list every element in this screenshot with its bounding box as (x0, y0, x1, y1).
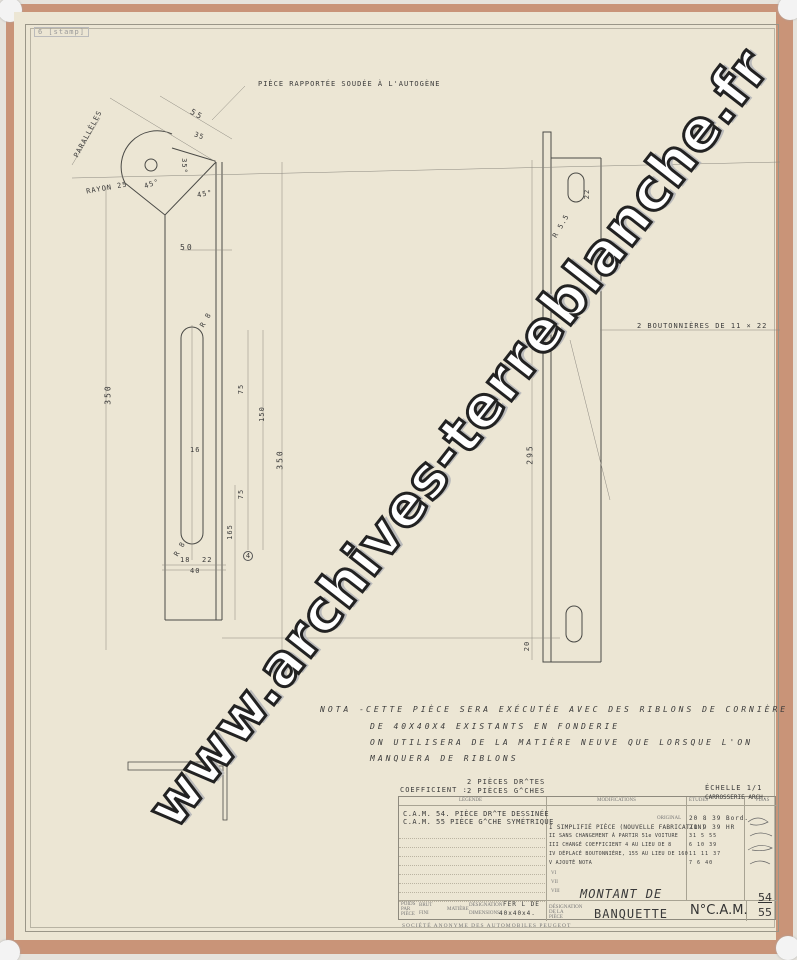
modification-5: V AJOUTÉ NOTA (549, 860, 592, 866)
dim-35-deg: 35° (180, 158, 188, 174)
legend-line-2: C.A.M. 55 PIÈCE G^CHE SYMÉTRIQUE (403, 818, 554, 826)
nota-line-1: CETTE PIÈCE SERA EXÉCUTÉE AVEC DES RIBLO… (366, 705, 788, 714)
material-designation: FER L DE (503, 901, 540, 908)
dim-18: 18 (180, 556, 190, 564)
legend-row (399, 857, 545, 866)
legend-row (399, 848, 545, 857)
drawing-number-prefix: N°C.A.M. (690, 903, 748, 918)
circle-mark: 4 (243, 551, 253, 561)
dates-column: 20 8 39 Bord. 21 9 39 HR 31 5 55 6 10 39… (687, 806, 745, 901)
slot-note: 2 BOUTONNIÈRES DE 11 × 22 (637, 322, 767, 330)
dim-50: 50 (180, 243, 194, 252)
modifications-header-cell: MODIFICATIONS (547, 797, 687, 806)
modification-4: IV DÉPLACÉ BOUTONNIÈRE, 155 AU LIEU DE 1… (549, 851, 688, 857)
dim-40: 40 (190, 567, 200, 575)
dim-75-bottom: 75 (237, 489, 245, 499)
dim-16: 16 (190, 446, 200, 454)
legend-row (399, 875, 545, 884)
drawing-number-top: 54 (758, 891, 772, 904)
visas-header-cell: VISAS (745, 797, 777, 806)
date-mod-3: 6 10 39 (689, 842, 717, 848)
nota-prefix: NOTA - (320, 705, 367, 714)
legend-row (399, 830, 545, 839)
nota-line-3: ON UTILISERA DE LA MATIÈRE NEUVE QUE LOR… (370, 738, 753, 747)
modification-2: II SANS CHANGEMENT À PARTIR 51e VOITURE (549, 833, 678, 839)
company-name: SOCIÉTÉ ANONYME DES AUTOMOBILES Peugeot (402, 923, 571, 929)
legend-row (399, 866, 545, 875)
title-block: LÉGENDE MODIFICATIONS ÉTUDESCARROSSERIE … (398, 796, 776, 920)
side-dim-22: 22 (583, 189, 591, 199)
dim-75-top: 75 (237, 384, 245, 394)
coefficient-line-2: 2 PIÈCES G^CHES (467, 787, 545, 795)
modification-3: III CHANGÉ COEFFICIENT 4 AU LIEU DE 8 (549, 842, 672, 848)
signature-scribbles (745, 812, 775, 872)
legend-line-1: C.A.M. 54. PIÈCE DR^TE DESSINÉE (403, 810, 549, 818)
date-original: 20 8 39 Bord. (689, 815, 749, 822)
date-mod-1: 21 9 39 HR (689, 824, 735, 831)
dim-150: 150 (258, 406, 266, 422)
dim-350-left: 350 (104, 384, 113, 404)
coefficient-line-1: 2 PIÈCES DR^TES (467, 778, 545, 786)
material-dimensions: 40x40x4. (499, 910, 536, 917)
date-mod-5: 7 6 40 (689, 860, 713, 866)
dim-350: 350 (276, 449, 285, 469)
legend-header-cell: LÉGENDE (399, 797, 547, 806)
material-cell: Poids par pièce Brut Fini Matière Désign… (399, 901, 547, 921)
dim-22: 22 (202, 556, 212, 564)
nota-line-2: DE 40X40X4 EXISTANTS EN FONDERIE (370, 722, 620, 731)
coefficient-label: COEFFICIENT : (400, 786, 468, 794)
part-title-line-2: BANQUETTE (594, 907, 668, 921)
legend-column: C.A.M. 54. PIÈCE DR^TE DESSINÉE C.A.M. 5… (399, 806, 547, 901)
legend-row (399, 884, 545, 893)
welded-piece-note: PIÈCE RAPPORTÉE SOUDÉE À L'AUTOGÈNE (258, 80, 441, 88)
drawing-number-bottom: 55 (758, 906, 772, 919)
dim-165: 165 (226, 524, 234, 540)
legend-row (399, 839, 545, 848)
date-mod-4: 11 11 37 (689, 851, 721, 857)
modification-1: I SIMPLIFIÉ PIÈCE (NOUVELLE FABRICATION) (549, 824, 706, 831)
visas-column (745, 806, 777, 901)
scale-label: ÉCHELLE 1/1 (705, 784, 762, 792)
part-title-line-1: MONTANT DE (580, 887, 662, 901)
side-dim-20: 20 (523, 641, 531, 651)
nota-line-4: MANQUERA DE RIBLONS (370, 754, 519, 763)
date-mod-2: 31 5 55 (689, 833, 717, 839)
side-dim-295: 295 (526, 444, 535, 464)
etudes-header-cell: ÉTUDESCARROSSERIE ARCH. (687, 797, 745, 806)
